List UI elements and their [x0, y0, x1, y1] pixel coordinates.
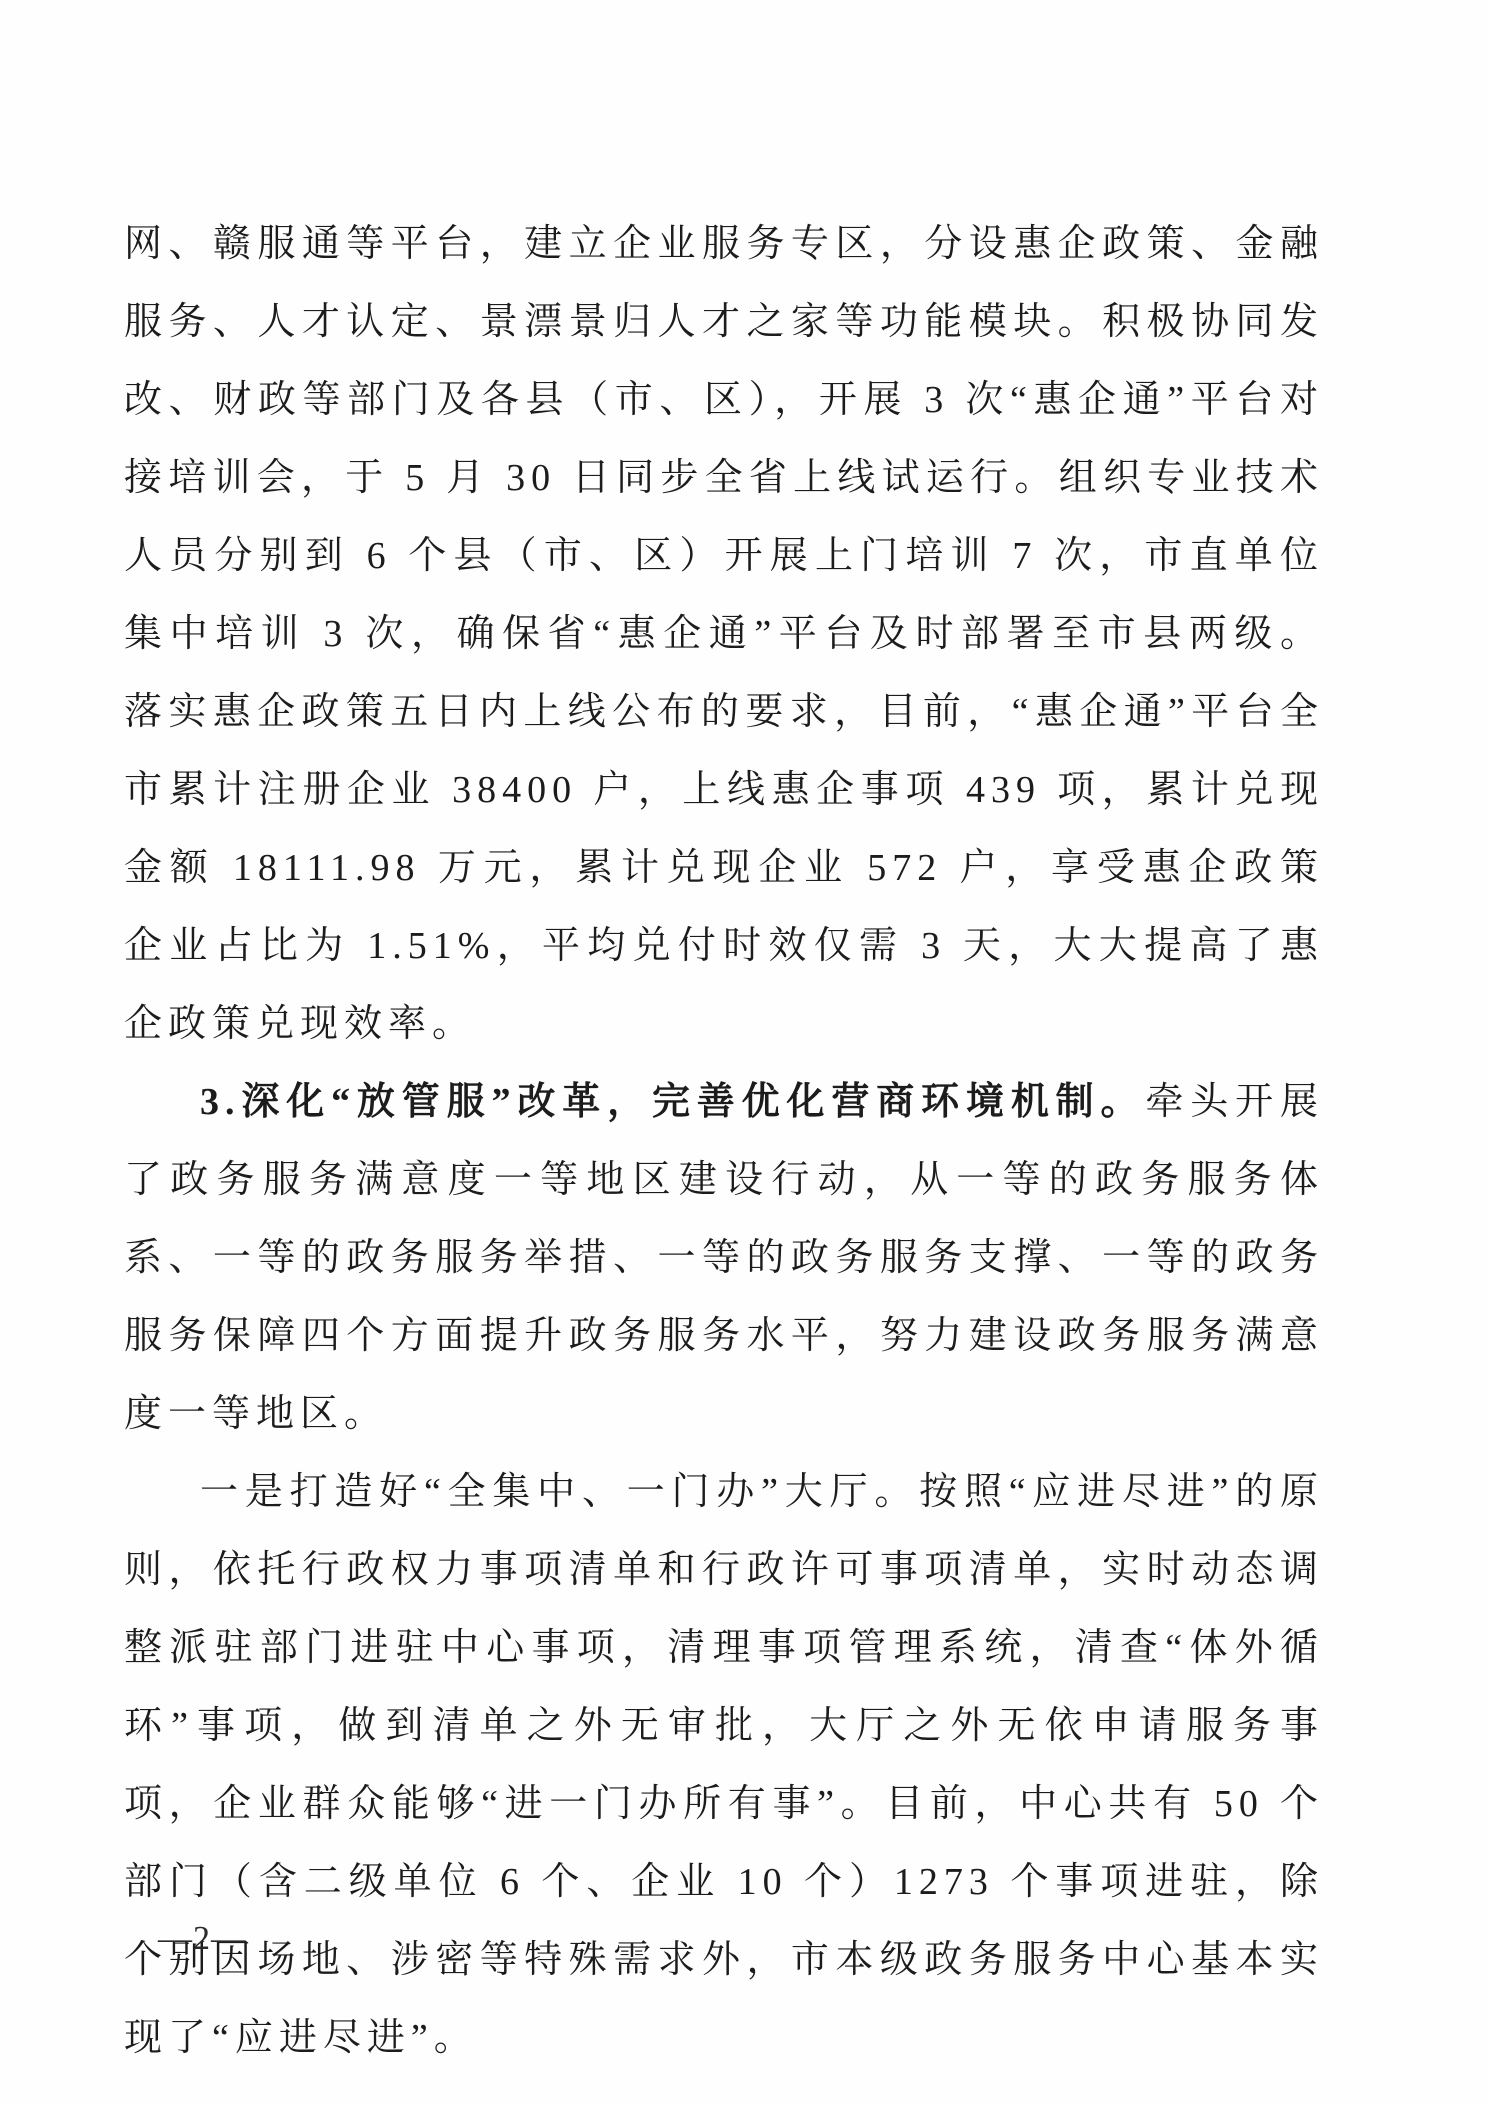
- paragraph-continuation-text: 网、赣服通等平台，建立企业服务专区，分设惠企政策、金融服务、人才认定、景漂景归人…: [124, 223, 1324, 1045]
- section-3-heading-text: 3.深化“放管服”改革，完善优化营商环境机制。: [200, 1081, 1145, 1123]
- document-body: 网、赣服通等平台，建立企业服务专区，分设惠企政策、金融服务、人才认定、景漂景归人…: [124, 205, 1324, 2077]
- first-item-text: 一是打造好“全集中、一门办”大厅。按照“应进尽进”的原则，依托行政权力事项清单和…: [124, 1471, 1324, 2059]
- document-page: 网、赣服通等平台，建立企业服务专区，分设惠企政策、金融服务、人才认定、景漂景归人…: [0, 0, 1488, 2104]
- paragraph-first-item: 一是打造好“全集中、一门办”大厅。按照“应进尽进”的原则，依托行政权力事项清单和…: [124, 1453, 1324, 2077]
- paragraph-section-3: 3.深化“放管服”改革，完善优化营商环境机制。牵头开展了政务服务满意度一等地区建…: [124, 1063, 1324, 1453]
- page-number: —2—: [158, 1920, 246, 1958]
- section-3-body-text: 牵头开展了政务服务满意度一等地区建设行动，从一等的政务服务体系、一等的政务服务举…: [124, 1081, 1324, 1435]
- paragraph-continuation: 网、赣服通等平台，建立企业服务专区，分设惠企政策、金融服务、人才认定、景漂景归人…: [124, 205, 1324, 1063]
